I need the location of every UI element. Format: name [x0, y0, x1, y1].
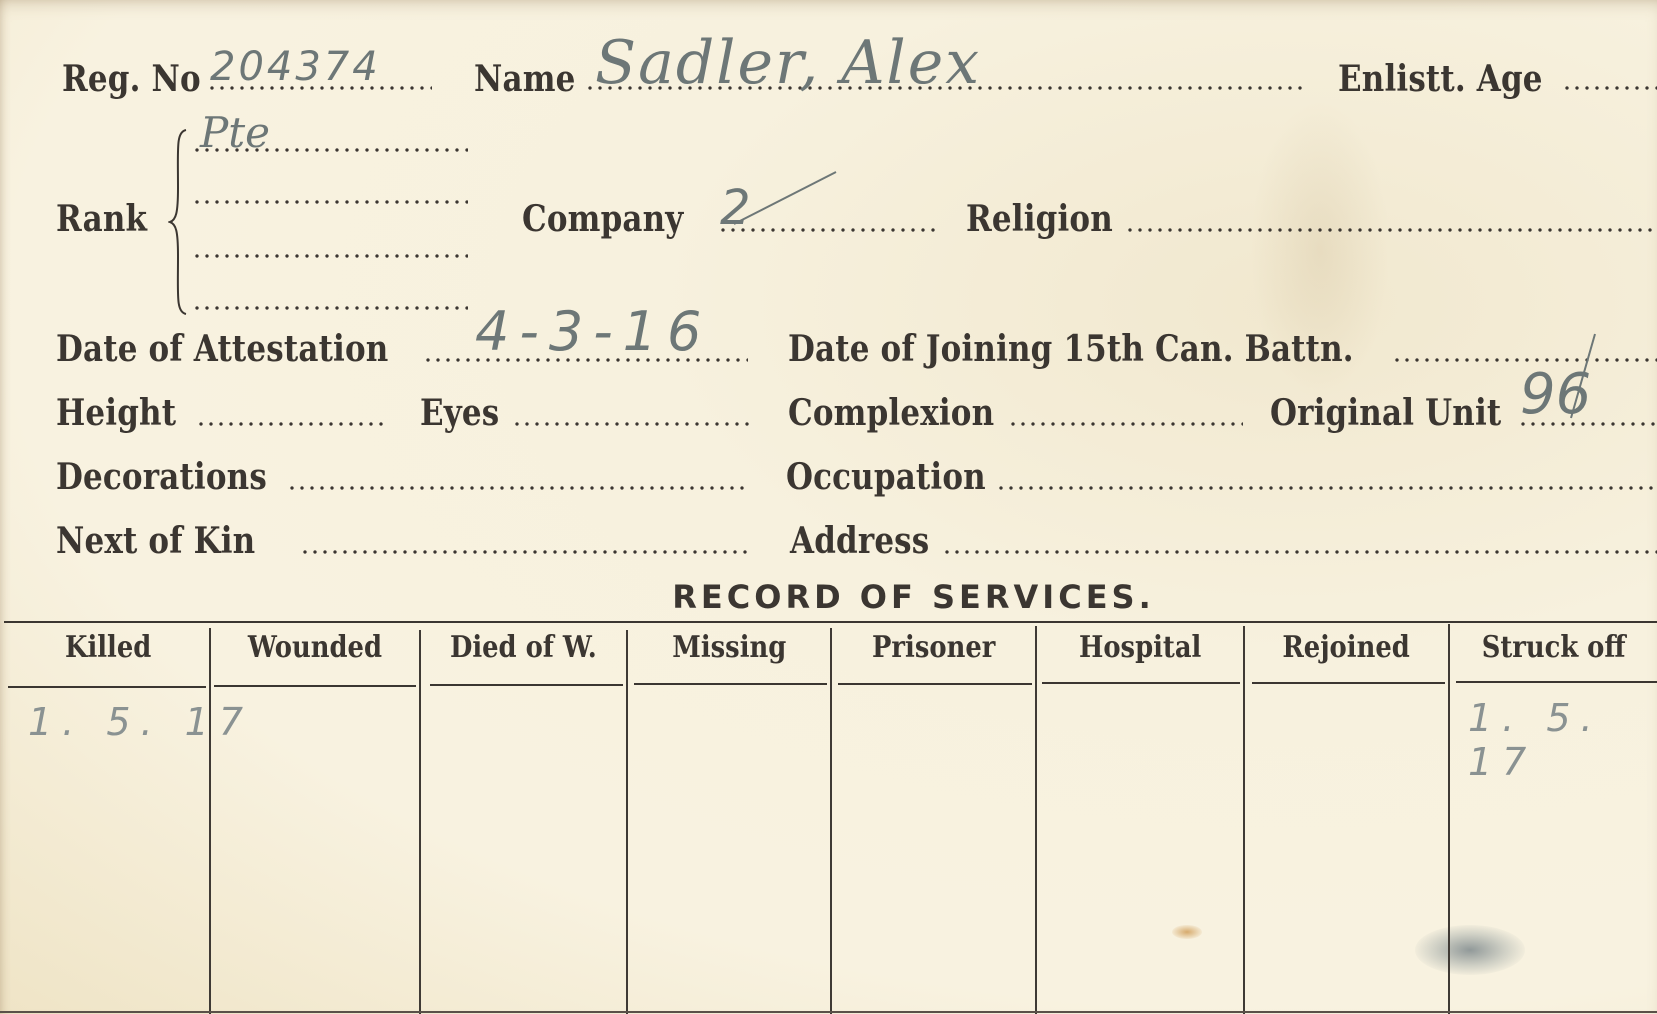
eyes-dotted-line: [512, 422, 750, 426]
service-record-card: Reg. No 204374 Name Sadler, Alex Enlistt…: [0, 0, 1657, 1014]
date-of-joining-label: Date of Joining 15th Can. Battn.: [788, 328, 1354, 370]
column-header-killed: Killed: [8, 630, 208, 670]
complexion-label: Complexion: [788, 392, 994, 434]
header-underline-3: [430, 684, 623, 686]
rank-dotted-line-2: [192, 200, 468, 204]
column-divider-1: [209, 628, 211, 1014]
header-underline-5: [838, 683, 1032, 685]
column-divider-6: [1243, 626, 1245, 1014]
occupation-dotted-line: [996, 486, 1657, 490]
enlist-age-dotted-line: [1562, 86, 1657, 90]
column-divider-3: [626, 630, 628, 1014]
original-unit-label: Original Unit: [1270, 392, 1501, 434]
next-of-kin-dotted-line: [300, 550, 752, 554]
header-underline-1: [8, 686, 206, 688]
reg-no-label: Reg. No: [62, 58, 201, 100]
enlist-age-label: Enlistt. Age: [1338, 58, 1543, 100]
height-label: Height: [56, 392, 176, 434]
rank-dotted-line-4: [192, 306, 468, 310]
header-underline-6: [1042, 682, 1240, 684]
address-dotted-line: [942, 550, 1657, 554]
occupation-label: Occupation: [786, 456, 986, 498]
record-of-services-title-text: RECORD OF SERVICES.: [502, 578, 1155, 616]
record-of-services-title: RECORD OF SERVICES.: [0, 578, 1657, 616]
decorations-dotted-line: [287, 486, 750, 490]
column-header-struck-off: Struck off: [1450, 630, 1657, 670]
killed-date: 1. 5. 17: [28, 700, 253, 744]
rank-brace: [168, 128, 190, 316]
address-label: Address: [790, 520, 929, 562]
religion-label: Religion: [966, 198, 1113, 240]
original-unit-value: 96: [1520, 362, 1591, 427]
company-label: Company: [522, 198, 683, 240]
header-underline-4: [634, 683, 827, 685]
name-label: Name: [474, 58, 576, 100]
ink-smudge: [1415, 925, 1525, 975]
struck-off-date: 1. 5. 17: [1468, 696, 1657, 784]
religion-dotted-line: [1125, 228, 1657, 232]
column-divider-7: [1448, 624, 1450, 1014]
column-header-prisoner: Prisoner: [832, 630, 1035, 670]
date-of-attestation-label: Date of Attestation: [56, 328, 388, 370]
eyes-label: Eyes: [420, 392, 499, 434]
table-top-rule: [4, 621, 1657, 623]
column-header-wounded: Wounded: [211, 630, 419, 670]
complexion-dotted-line: [1008, 422, 1243, 426]
column-divider-2: [419, 630, 421, 1014]
date-of-attestation-value: 4-3-16: [475, 300, 711, 363]
header-underline-7: [1252, 682, 1445, 684]
decorations-label: Decorations: [56, 456, 267, 498]
column-header-rejoined: Rejoined: [1245, 630, 1448, 670]
header-underline-2: [214, 685, 416, 687]
rank-dotted-line-3: [192, 254, 468, 258]
column-divider-4: [830, 628, 832, 1014]
company-check-stroke: [730, 168, 840, 228]
rank-dotted-line-1: [192, 148, 468, 152]
next-of-kin-label: Next of Kin: [56, 520, 255, 562]
rust-spot: [1172, 925, 1202, 939]
name-value: Sadler, Alex: [595, 28, 981, 98]
height-dotted-line: [196, 422, 386, 426]
card-bottom-edge: [0, 1011, 1657, 1013]
reg-no-value: 204374: [210, 44, 381, 90]
header-underline-8: [1456, 681, 1657, 683]
company-dotted-line: [718, 228, 938, 232]
column-header-hospital: Hospital: [1037, 630, 1243, 670]
column-header-missing: Missing: [628, 630, 830, 670]
rank-label: Rank: [56, 198, 147, 240]
column-header-died-of-wounds: Died of W.: [421, 630, 626, 670]
column-divider-5: [1035, 626, 1037, 1014]
